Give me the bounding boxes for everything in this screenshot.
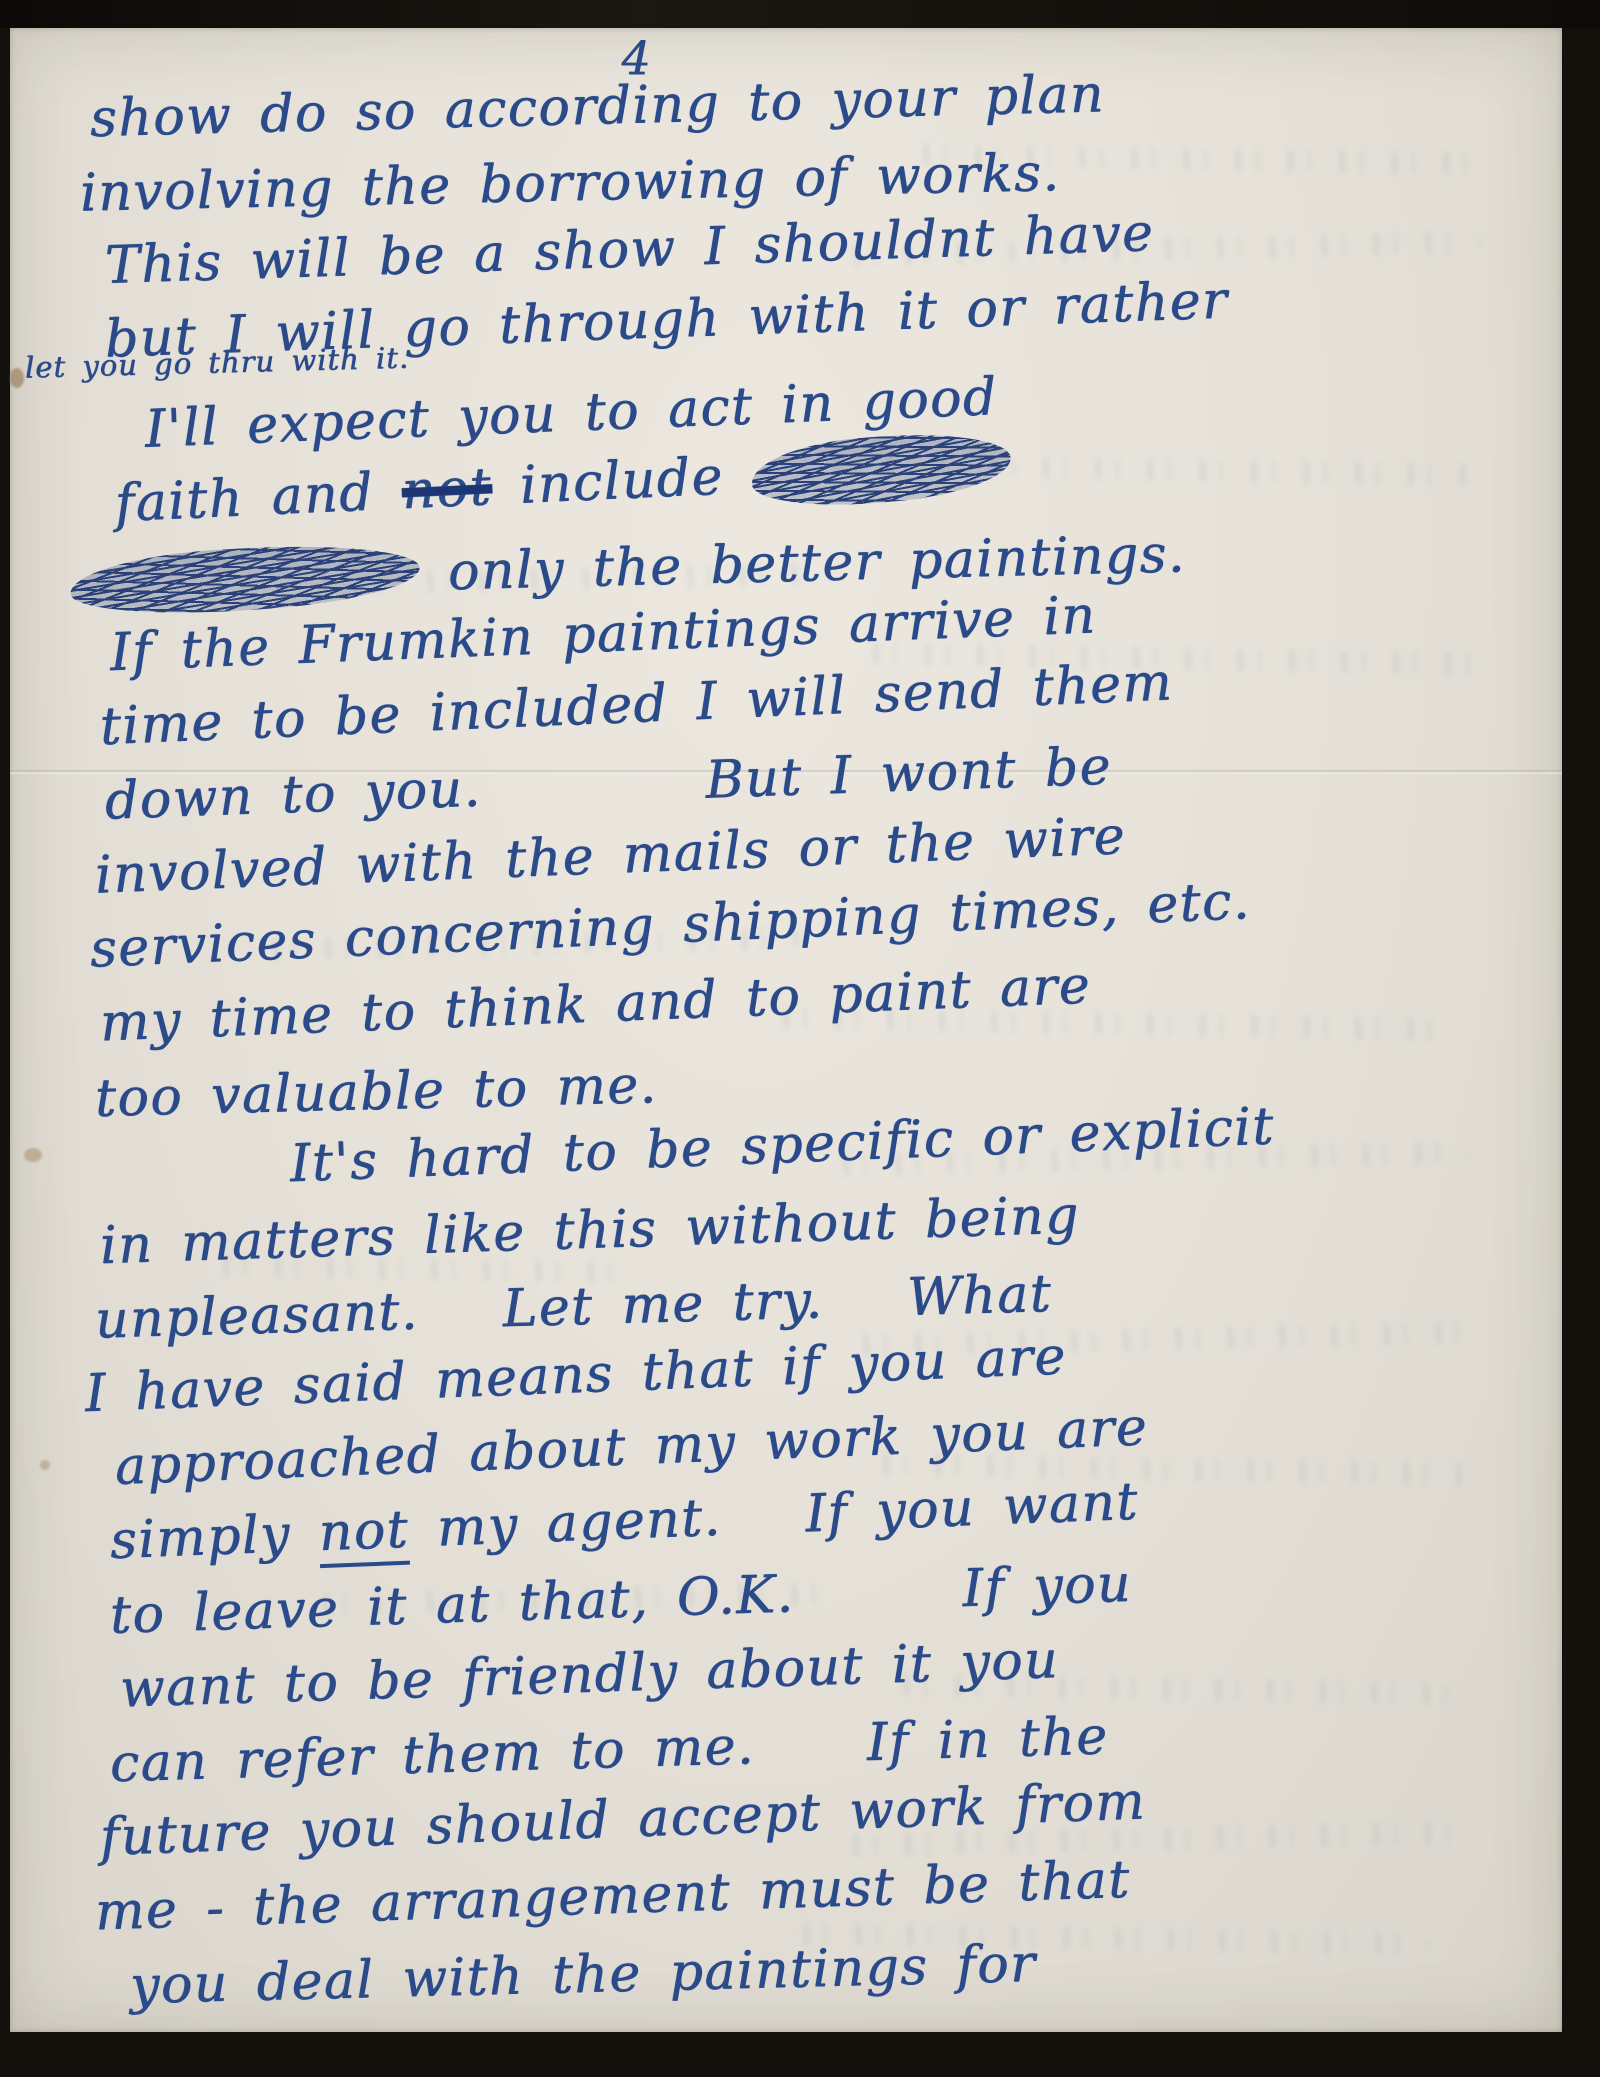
struck-word: not	[400, 457, 493, 521]
letter-page: 4 show do so according to your planinvol…	[10, 28, 1562, 2032]
lines: show do so according to your planinvolvi…	[10, 84, 1562, 2026]
scanned-letter: { "page": { "number": "4" }, "colors": {…	[0, 0, 1600, 2077]
scan-border	[0, 0, 1600, 28]
letter-content: 4 show do so according to your planinvol…	[10, 28, 1562, 2032]
text-run: let you go thru with it.	[24, 341, 409, 385]
text-run: simply	[109, 1503, 320, 1571]
text-run: include	[490, 445, 752, 517]
scribbled-out-text	[749, 426, 1013, 513]
text-run: you deal with the paintings for	[129, 1934, 1037, 2016]
underlined-word: not	[318, 1500, 411, 1568]
text-run: faith and	[114, 461, 404, 534]
